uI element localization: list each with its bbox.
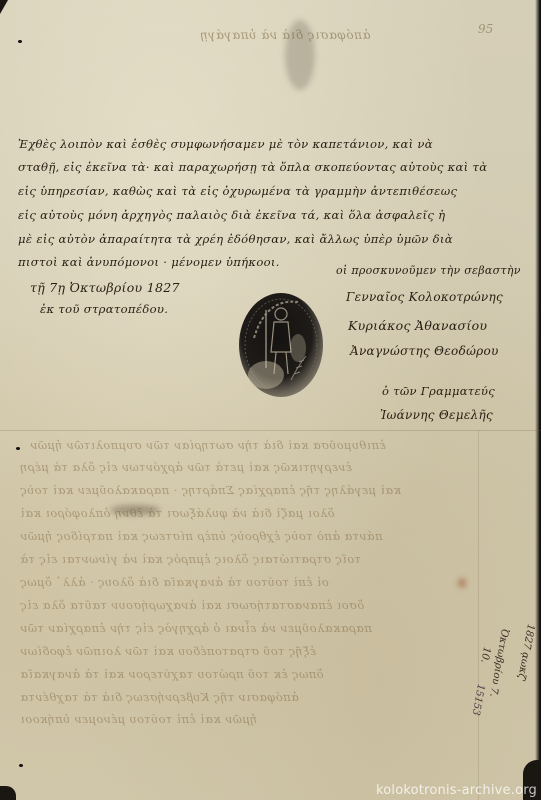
body-line: σταθῇ, εἰς ἐκεῖνα τὰ· καὶ παραχωρήσῃ τὰ … xyxy=(18,160,487,174)
pin-hole xyxy=(18,40,22,43)
torn-corner-top-left xyxy=(0,0,8,14)
secretary-title: ὁ τῶν Γραμματεύς xyxy=(382,384,495,398)
page-edge-right xyxy=(535,0,541,800)
archive-reference: 15153 xyxy=(470,683,486,716)
pin-hole xyxy=(19,764,23,767)
seal-stamp xyxy=(236,290,326,400)
place-line: ἐκ τοῦ στρατοπέδου. xyxy=(40,302,168,316)
fold-line-vertical xyxy=(478,430,479,800)
fold-line xyxy=(0,430,541,431)
margin-note-line: 10. xyxy=(478,646,492,664)
secretary-name: Ἰωάννης Θεμελῆς xyxy=(380,408,493,422)
archive-watermark: kolokotronis-archive.org xyxy=(376,783,537,798)
signature-name: Γενναῖος Κολοκοτρώνης xyxy=(346,290,503,304)
signature-name: Κυριάκος Ἀθανασίου xyxy=(348,318,487,333)
signature-name: Ἀναγνώστης Θεοδώρου xyxy=(350,344,499,358)
margin-note-line: 1827 ᾳωκζ' xyxy=(515,623,536,682)
bleed-through-number: 95 xyxy=(478,22,493,36)
rust-spot xyxy=(458,578,466,588)
margin-note-line: Ὀκτωβρίου 7. xyxy=(487,628,510,698)
bleed-through-heading: ἀπόφασις διὰ νὰ ὑπαγάγῃ xyxy=(200,28,371,42)
signature-intro: οἱ προσκυνοῦμεν τὴν σεβαστὴν xyxy=(336,264,521,277)
body-line: μὲ εἰς αὐτὸν ἀπαραίτητα τὰ χρέη ἐδόθησαν… xyxy=(18,232,453,246)
pin-hole xyxy=(16,447,20,450)
body-line: εἰς αὐτοὺς μόνη ἀρχηγὸς παλαιὸς διὰ ἐκεῖ… xyxy=(18,208,445,222)
date-line: τῇ 7ῃ Ὀκτωβρίου 1827 xyxy=(30,280,180,295)
torn-corner-bottom-left xyxy=(0,786,16,800)
body-line: πιστοὶ καὶ ἀνυπόμονοι · μένομεν ὑπήκοοι. xyxy=(18,255,280,269)
manuscript-page: ἀπόφασις διὰ νὰ ὑπαγάγῃ 95 Ἐχθὲς λοιπὸν … xyxy=(0,0,541,800)
body-line: εἰς ὑπηρεσίαν, καθὼς καὶ τὰ εἰς ὀχυρωμέν… xyxy=(18,184,457,198)
body-line: Ἐχθὲς λοιπὸν καὶ ἐσθὲς συμφωνήσαμεν μὲ τ… xyxy=(18,137,433,151)
